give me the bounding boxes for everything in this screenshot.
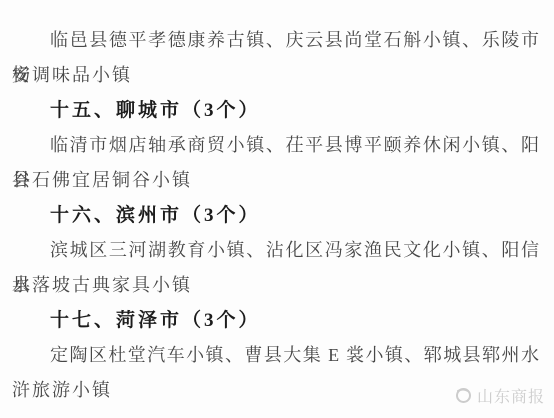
watermark-label: 山东商报: [477, 384, 545, 407]
body-line-liaocheng-towns-2: 县石佛宜居铜谷小镇: [12, 163, 540, 198]
body-line-dezhou-towns-2: 安调味品小镇: [12, 58, 540, 93]
body-line-dezhou-towns-1: 临邑县德平孝德康养古镇、庆云县尚堂石斛小镇、乐陵市杨: [12, 23, 540, 58]
shandong-business-daily-logo-icon: [455, 387, 472, 404]
section-heading-heze: 十七、菏泽市（3个）: [12, 303, 540, 338]
document-page: 临邑县德平孝德康养古镇、庆云县尚堂石斛小镇、乐陵市杨 安调味品小镇 十五、聊城市…: [0, 0, 554, 418]
body-line-heze-towns-1: 定陶区杜堂汽车小镇、曹县大集 E 裳小镇、郓城县郓州水: [12, 338, 540, 373]
watermark: 山东商报: [455, 384, 545, 407]
body-line-binzhou-towns-1: 滨城区三河湖教育小镇、沾化区冯家渔民文化小镇、阳信县: [12, 233, 540, 268]
section-heading-liaocheng: 十五、聊城市（3个）: [12, 93, 540, 128]
body-line-liaocheng-towns-1: 临清市烟店轴承商贸小镇、茌平县博平颐养休闲小镇、阳谷: [12, 128, 540, 163]
section-heading-binzhou: 十六、滨州市（3个）: [12, 198, 540, 233]
body-line-binzhou-towns-2: 水落坡古典家具小镇: [12, 268, 540, 303]
